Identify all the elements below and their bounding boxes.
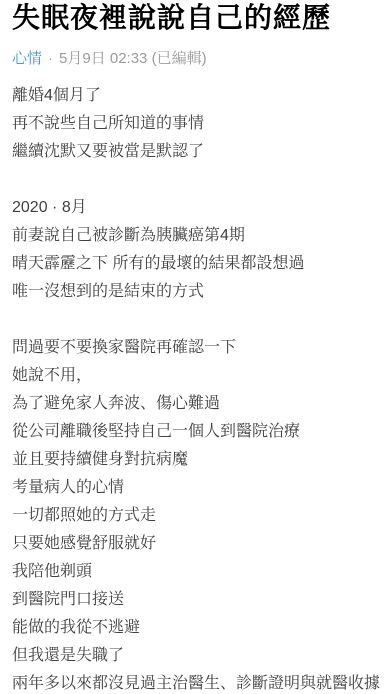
paragraph: 2020 · 8月前妻說自己被診斷為胰臟癌第4期晴天霹靂之下 所有的最壞的結果都… — [12, 194, 377, 306]
body-line: 離婚4個月了 — [12, 82, 377, 110]
post-body: 離婚4個月了再不說些自己所知道的事情繼續沈默又要被當是默認了2020 · 8月前… — [12, 82, 377, 694]
meta-dot-separator: · — [48, 50, 53, 67]
body-line: 考量病人的心情 — [12, 474, 377, 502]
body-line: 唯一沒想到的是結束的方式 — [12, 278, 377, 306]
post-timestamp: 5月9日 02:33 (已編輯) — [59, 50, 207, 67]
body-line: 為了避免家人奔波、傷心難過 — [12, 390, 377, 418]
body-line: 晴天霹靂之下 所有的最壞的結果都設想過 — [12, 250, 377, 278]
post-meta: 心情·5月9日 02:33 (已編輯) — [12, 49, 377, 69]
body-line: 再不說些自己所知道的事情 — [12, 110, 377, 138]
body-line: 到醫院門口接送 — [12, 586, 377, 614]
forum-link[interactable]: 心情 — [12, 50, 42, 67]
post-title: 失眠夜裡說說自己的經歷 — [12, 0, 377, 36]
post-view: 失眠夜裡說說自己的經歷 心情·5月9日 02:33 (已編輯) 離婚4個月了再不… — [0, 0, 389, 694]
paragraph: 問過要不要換家醫院再確認一下她說不用，為了避免家人奔波、傷心難過從公司離職後堅持… — [12, 334, 377, 694]
body-line: 但我還是失職了 — [12, 642, 377, 670]
body-line: 繼續沈默又要被當是默認了 — [12, 138, 377, 166]
body-line: 2020 · 8月 — [12, 194, 377, 222]
body-line: 能做的我從不逃避 — [12, 614, 377, 642]
paragraph: 離婚4個月了再不說些自己所知道的事情繼續沈默又要被當是默認了 — [12, 82, 377, 166]
body-line: 一切都照她的方式走 — [12, 502, 377, 530]
body-line: 從公司離職後堅持自己一個人到醫院治療 — [12, 418, 377, 446]
body-line: 問過要不要換家醫院再確認一下 — [12, 334, 377, 362]
body-line: 只要她感覺舒服就好 — [12, 530, 377, 558]
body-line: 並且要持續健身對抗病魔 — [12, 446, 377, 474]
body-line: 我陪他剃頭 — [12, 558, 377, 586]
body-line: 前妻說自己被診斷為胰臟癌第4期 — [12, 222, 377, 250]
body-line: 她說不用， — [12, 362, 377, 390]
body-line: 兩年多以來都沒見過主治醫生、診斷證明與就醫收據 — [12, 670, 377, 694]
